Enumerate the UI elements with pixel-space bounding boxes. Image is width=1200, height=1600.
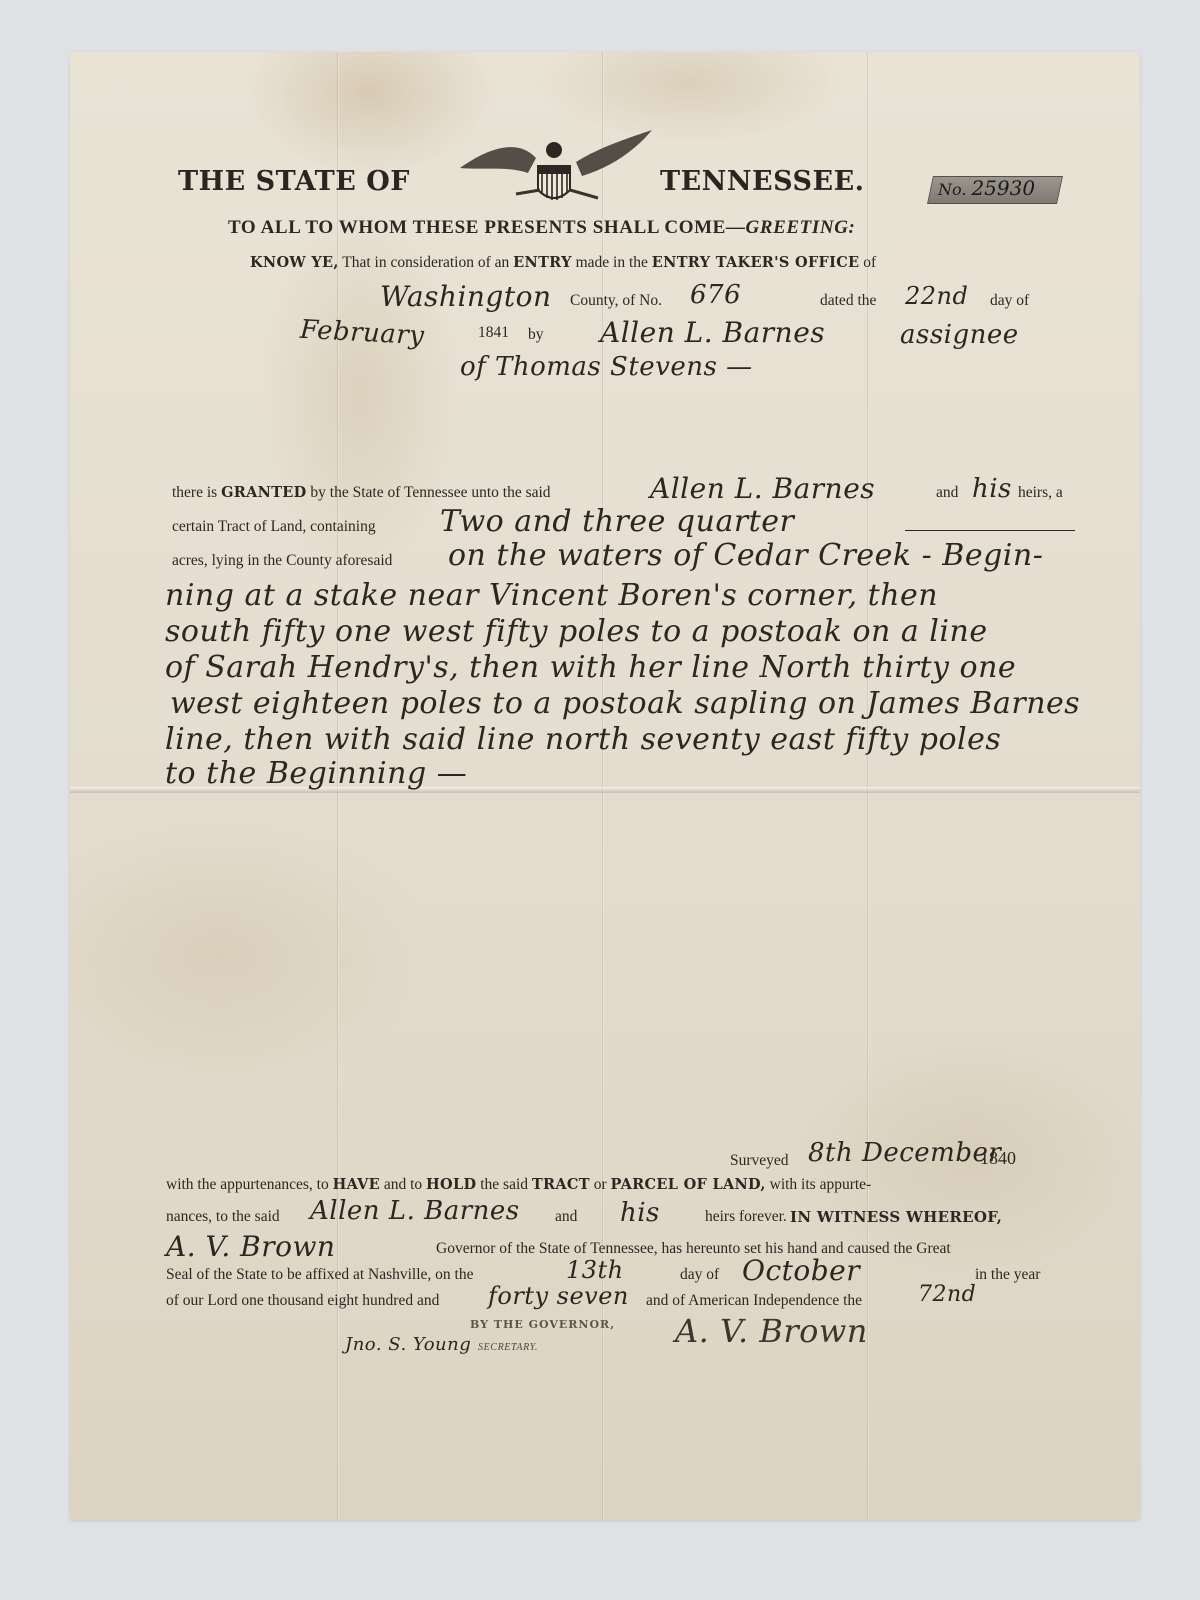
description-line-4: of Sarah Hendry's, then with her line No…	[165, 650, 1016, 685]
heirs-forever-label: heirs forever.	[705, 1208, 787, 1226]
eagle-with-shield-icon	[458, 128, 654, 210]
month-handwritten: February	[299, 315, 425, 351]
grantee-handwritten: Allen L. Barnes	[600, 316, 825, 349]
survey-year: 1840	[980, 1148, 1016, 1169]
heirs-label: heirs, a	[1018, 484, 1063, 502]
by-label: by	[528, 326, 544, 344]
description-line-6: line, then with said line north seventy …	[165, 722, 1001, 757]
county-handwritten: Washington	[380, 280, 552, 313]
description-line-7: to the Beginning —	[165, 756, 467, 791]
by-the-governor-label: BY THE GOVERNOR,	[470, 1318, 615, 1331]
grant-clause-line-1: there is GRANTED by the State of Tenness…	[172, 484, 551, 502]
assignee-handwritten: assignee	[900, 320, 1019, 350]
day-handwritten: 13th	[566, 1256, 624, 1284]
year-print: 1841	[478, 324, 509, 342]
fold-line	[867, 52, 869, 1520]
in-the-year-label: in the year	[975, 1266, 1040, 1284]
year-handwritten: forty seven	[488, 1282, 629, 1310]
description-line-2: ning at a stake near Vincent Boren's cor…	[165, 578, 938, 613]
fill-line	[905, 530, 1075, 531]
and-label: and	[555, 1208, 577, 1226]
preamble-line-1: KNOW YE, That in consideration of an ENT…	[250, 254, 876, 272]
lord-text: of our Lord one thousand eight hundred a…	[166, 1292, 439, 1310]
independence-year-handwritten: 72nd	[918, 1282, 976, 1307]
his-handwritten: his	[972, 474, 1012, 504]
witness-label: IN WITNESS WHEREOF,	[790, 1208, 1002, 1226]
entry-number-handwritten: 676	[690, 280, 741, 310]
governor-signature: A. V. Brown	[675, 1312, 868, 1350]
county-label: County, of No.	[570, 292, 662, 310]
title-right: TENNESSEE.	[660, 166, 865, 197]
his-handwritten: his	[620, 1198, 660, 1228]
habendum-line-1: with the appurtenances, to HAVE and to H…	[166, 1176, 871, 1194]
grant-number: No. 25930	[938, 176, 1035, 201]
description-line-3: south fifty one west fifty poles to a po…	[165, 614, 988, 649]
dated-label: dated the	[820, 292, 876, 310]
greeting-line: TO ALL TO WHOM THESE PRESENTS SHALL COME…	[228, 217, 855, 239]
secretary-signature: Jno. S. Young	[345, 1334, 471, 1355]
secretary-label: SECRETARY.	[478, 1342, 538, 1353]
title-left: THE STATE OF	[178, 166, 410, 197]
acres-label: acres, lying in the County aforesaid	[172, 552, 392, 570]
acreage-handwritten: Two and three quarter	[440, 504, 794, 539]
month-handwritten: October	[742, 1254, 860, 1287]
habendum-line-2: nances, to the said	[166, 1208, 280, 1226]
day-handwritten: 22nd	[905, 282, 968, 310]
governor-name-handwritten: A. V. Brown	[166, 1230, 335, 1263]
independence-text: and of American Independence the	[646, 1292, 862, 1310]
grantee-handwritten: Allen L. Barnes	[650, 472, 875, 505]
day-of-label: day of	[990, 292, 1029, 310]
and-label: and	[936, 484, 958, 502]
governor-text: Governor of the State of Tennessee, has …	[436, 1240, 951, 1258]
tract-label: certain Tract of Land, containing	[172, 518, 376, 536]
description-line-5: west eighteen poles to a postoak sapling…	[170, 686, 1080, 721]
seal-text: Seal of the State to be affixed at Nashv…	[166, 1266, 473, 1284]
description-line-1: on the waters of Cedar Creek - Begin-	[448, 538, 1043, 573]
surveyed-label: Surveyed	[730, 1152, 789, 1170]
survey-date-handwritten: 8th December	[808, 1138, 1001, 1168]
assignor-handwritten: of Thomas Stevens —	[460, 352, 753, 382]
grantee-handwritten: Allen L. Barnes	[310, 1196, 520, 1226]
day-of-label: day of	[680, 1266, 719, 1284]
